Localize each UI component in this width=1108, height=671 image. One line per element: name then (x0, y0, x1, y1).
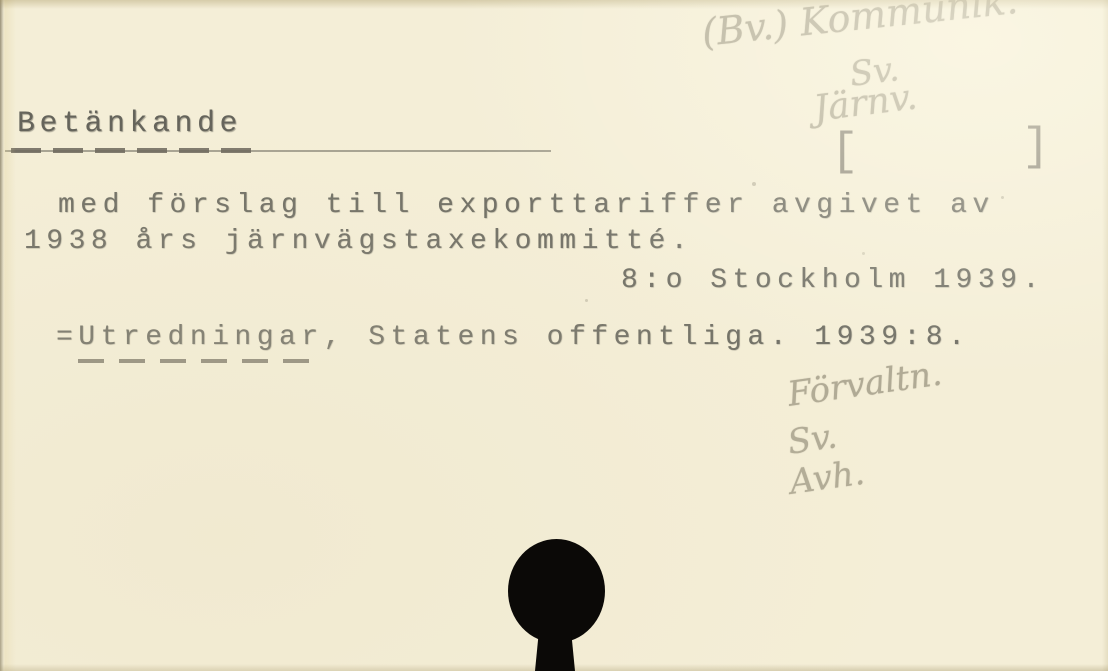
series-line: =Utredningar, Statens offentliga. 1939:8… (56, 320, 970, 355)
paper-speck (585, 299, 588, 302)
paper-speck (1001, 196, 1004, 199)
imprint-line: 8:o Stockholm 1939. (621, 263, 1045, 298)
pencil-annotation-jarnv: Järnv. (812, 79, 919, 127)
paper-speck (752, 182, 756, 186)
typed-open-bracket: [ (831, 129, 859, 175)
series-underline-dashes (78, 359, 322, 363)
body-line-2: 1938 års järnvägstaxekommitté. (24, 224, 693, 259)
pencil-annotation-forvaltn: Förvaltn. (786, 357, 944, 412)
paper-speck (862, 252, 865, 255)
title-underline-dashes (11, 148, 263, 153)
punch-hole-stem (535, 630, 575, 671)
punch-hole-circle (508, 539, 605, 643)
typed-close-bracket: ] (1022, 124, 1050, 170)
card-title: Betänkande (17, 106, 242, 144)
pencil-annotation-sv-bottom: Sv. (786, 419, 840, 460)
catalog-card: (Bv.) Kommunik. Sv. Järnv. [ ] Betänkand… (0, 0, 1108, 671)
pencil-annotation-avh: Avh. (788, 456, 867, 500)
body-line-1: med förslag till exporttariffer avgivet … (58, 188, 995, 223)
title-underline (5, 148, 551, 154)
pencil-annotation-classification: (Bv.) Kommunik. (700, 0, 1019, 52)
